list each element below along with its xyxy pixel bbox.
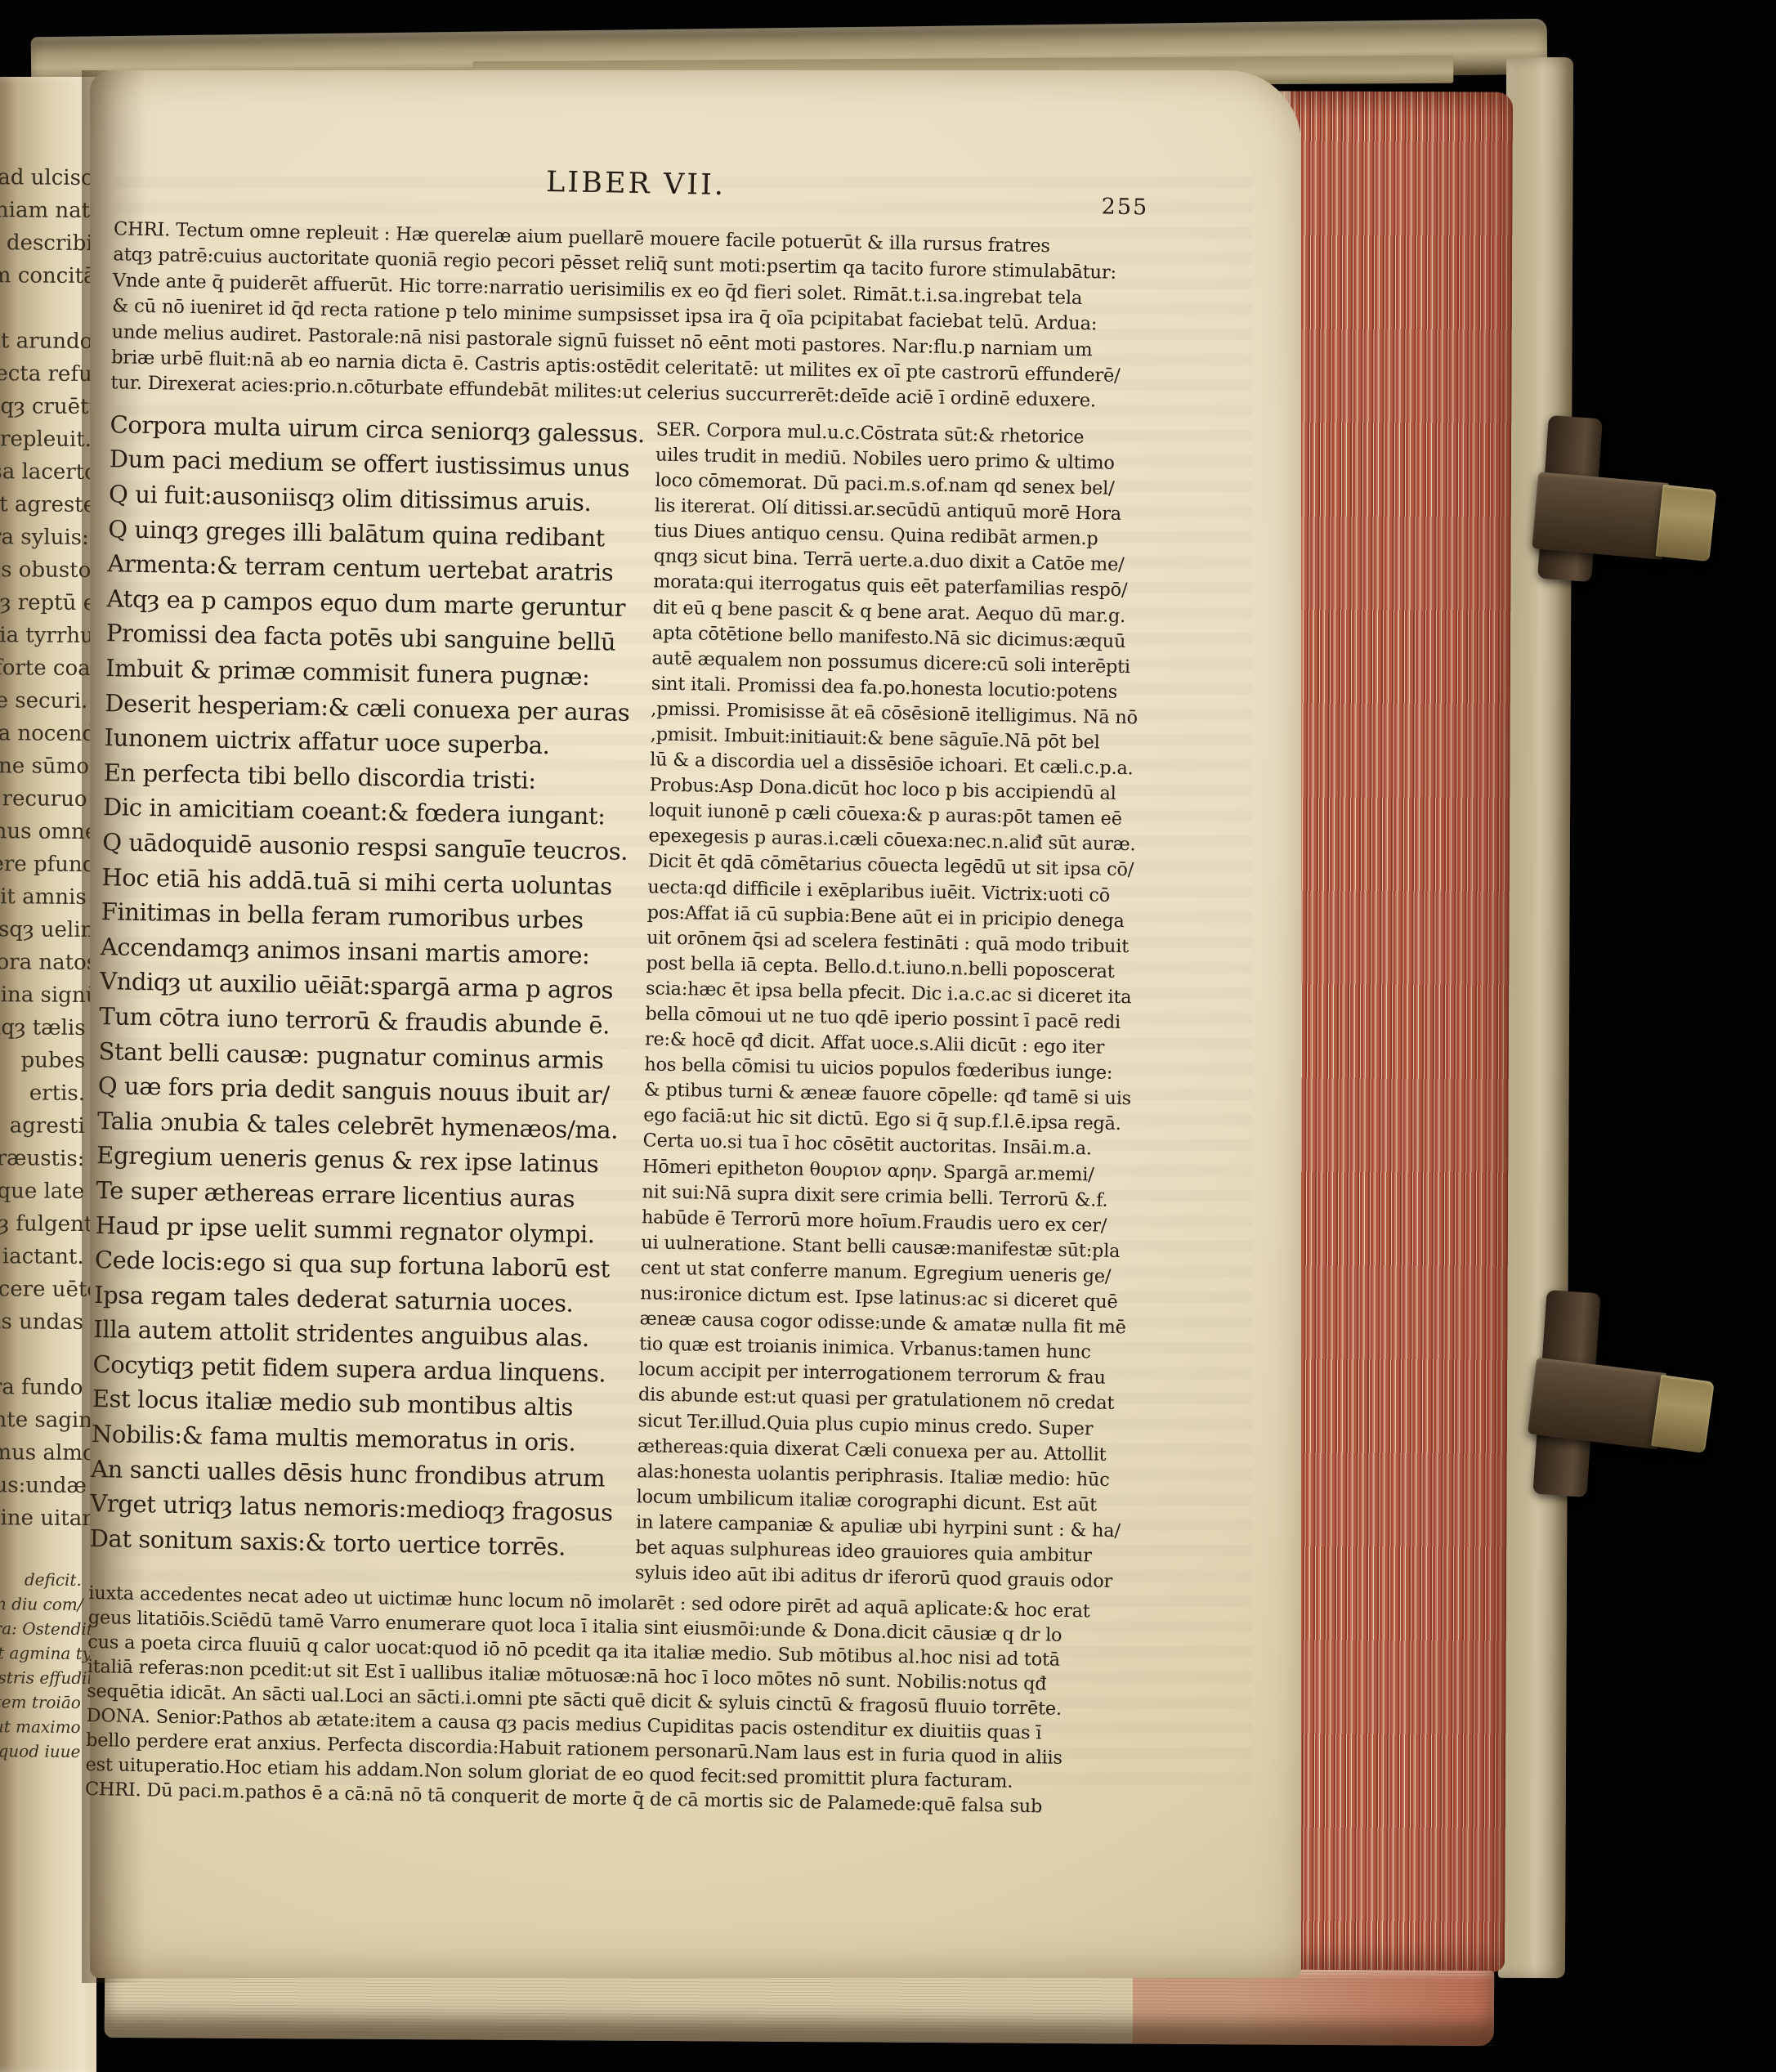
facing-page-sliver: nt ad ulciscendāuoniam naturaius describ… <box>0 77 96 2072</box>
clasp-bottom <box>1527 1283 1739 1512</box>
facing-page-line: mat agrestes. <box>0 488 89 521</box>
poem-column: Corpora multa uirum circa seniorqȝ gales… <box>89 407 656 1586</box>
facing-page-fragments-large: nt ad ulciscendāuoniam naturaius describ… <box>0 161 92 1568</box>
book-photo-scene: nt ad ulciscendāuoniam naturaius describ… <box>0 0 1776 2072</box>
facing-page-line <box>0 1338 83 1372</box>
facing-page-line <box>0 1534 82 1568</box>
recto-page: LIBER VII. 255 CHRI. Tectum omne repleui… <box>90 70 1301 1978</box>
running-head-row: LIBER VII. 255 <box>114 158 1275 228</box>
page-number: 255 <box>1101 194 1148 220</box>
facing-page-line: rem concitātur. <box>0 259 91 293</box>
facing-page-line: m castris effudit. <box>0 1665 81 1690</box>
facing-page-line: ptinus omne <box>0 815 87 848</box>
facing-page-fragments-small: deficit.nitem diu com/ectora: OstenditVo… <box>0 1567 82 1764</box>
facing-page-line: ors ut maximo <box>0 1714 81 1739</box>
facing-page-line: aque late <box>0 1175 84 1208</box>
clasp-bottom-strap <box>1528 1358 1666 1450</box>
clasp-top-brass-tip <box>1656 485 1717 562</box>
facing-page-line: nguine uitam. <box>0 1501 83 1535</box>
bottom-commentary-block: iuxta accedentes necat adeo ut uictimæ h… <box>87 1581 1250 1725</box>
clasp-top <box>1530 409 1734 597</box>
facing-page-line: deficit. <box>0 1567 82 1592</box>
facing-page-line: ne securi. <box>0 684 88 718</box>
facing-page-line: ulnus:undæ <box>0 1469 83 1502</box>
facing-page-line: ne iactant. <box>0 1240 84 1273</box>
top-commentary-block: CHRI. Tectum omne repleuit : Hæ querelæ … <box>110 217 1274 418</box>
facing-page-line: ne repleuit. <box>0 423 90 456</box>
facing-page-line: Vocat agmina ty <box>0 1640 81 1666</box>
facing-page-line: us undas <box>0 1305 83 1339</box>
facing-page-line: enit arundo: <box>0 324 91 358</box>
clasp-bottom-brass-tip <box>1651 1375 1715 1453</box>
facing-page-line: uccina signū <box>0 978 86 1012</box>
facing-page-line: uoniam natura <box>0 194 92 227</box>
facing-page-line: a tecta refugit <box>0 357 90 391</box>
facing-page-line: diit amnis <box>0 880 87 914</box>
page-content: LIBER VII. 255 CHRI. Tectum omne repleui… <box>85 69 1277 1823</box>
facing-page-line: ussa lacertos <box>0 455 89 489</box>
facing-page-line: ectora natos. <box>0 946 86 979</box>
facing-page-line: ectora: Ostendit <box>0 1616 82 1641</box>
facing-page-line: præustis: <box>0 1142 85 1175</box>
facing-page-line: atus obusto. <box>0 553 89 587</box>
facing-page-line: nt ad ulciscendā <box>0 161 92 195</box>
facing-page-line: acta nocendi. <box>0 717 87 750</box>
facing-page-line: hera fundo <box>0 1371 83 1404</box>
facing-page-line: ut forte coactis <box>0 651 88 685</box>
facing-page-line: ius describit : ut <box>0 226 91 260</box>
facing-page-line: ertis. <box>0 1076 85 1110</box>
facing-page-line <box>0 292 91 325</box>
facing-page-line: stuqȝ cruētus <box>0 390 90 423</box>
facing-page-line: &quod iuue <box>0 1739 81 1764</box>
facing-page-line: r autem troiāo <box>0 1689 81 1715</box>
facing-page-line: ntesqȝ uelini: <box>0 913 87 946</box>
facing-page-line: era syluis: <box>0 521 89 554</box>
running-title: LIBER VII. <box>546 166 727 202</box>
facing-page-line: pubes <box>0 1044 85 1077</box>
facing-page-line: agresti <box>0 1109 85 1143</box>
facing-page-line: gmia tyrrhus <box>0 619 88 652</box>
facing-page-line: nuere pfundæ: <box>0 848 87 881</box>
two-column-area: Corpora multa uirum circa seniorqȝ gales… <box>89 407 1271 1597</box>
facing-page-line: uiqȝ reptū est <box>0 586 88 620</box>
facing-page-line: bescere uēto <box>0 1273 84 1306</box>
facing-page-line: aximus almon <box>0 1436 83 1470</box>
commentary-column: SER. Corpora mul.u.c.Cōstrata sūt:& rhet… <box>635 417 1271 1597</box>
facing-page-line: idente sagina <box>0 1403 83 1437</box>
facing-page-line: recuruo <box>0 782 87 816</box>
facing-page-line: lmine sūmo <box>0 750 87 783</box>
facing-page-line: raqȝ fulgent <box>0 1207 84 1241</box>
clasp-top-strap <box>1532 472 1669 560</box>
facing-page-line: nitem diu com/ <box>0 1591 82 1617</box>
facing-page-line: diqȝ tælis <box>0 1011 86 1045</box>
